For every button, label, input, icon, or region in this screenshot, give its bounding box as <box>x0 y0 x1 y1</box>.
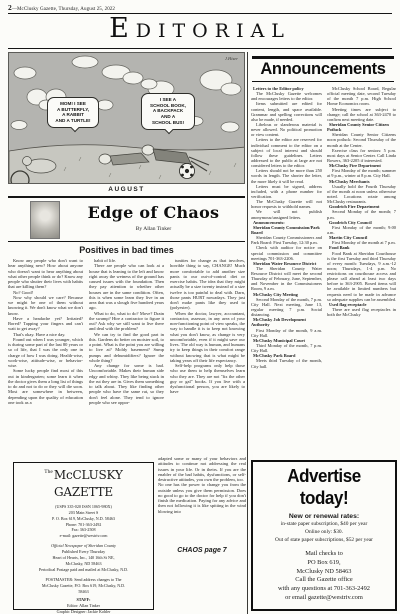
announcements-column-2: McClusky School Board, Regular official … <box>327 86 396 456</box>
speech-bubble-left: MOM! I SEE A BUTTERFLY, A RABBIT AND A T… <box>47 97 99 128</box>
header-bottom-rule <box>8 48 392 49</box>
page-folio: 2—McClusky Gazette, Thursday, August 25,… <box>8 3 115 12</box>
ad-headline: Advertise today! <box>261 465 386 509</box>
column-top-rule <box>8 196 245 198</box>
columnist-photo <box>30 201 60 239</box>
section-divider <box>247 52 248 614</box>
announcements-title: Announcements <box>252 60 394 79</box>
article-column-1: Know any people who don't want to hear a… <box>8 258 83 453</box>
announcements-header: Announcements <box>252 56 394 82</box>
dog-head <box>23 157 32 166</box>
masthead-title: The McCLUSKY GAZETTE <box>17 467 150 502</box>
speech-bubble-right: I SEE A SCHOOL BOOK, A BACKPACK AND A SC… <box>141 93 195 130</box>
column-byline: By Allan Tinker <box>62 226 245 232</box>
masthead-postmaster: POSTMASTER: Send address changes to TheM… <box>17 577 150 595</box>
article-headline: Positives in bad times <box>8 245 245 255</box>
announcements-column-1: Letters to the Editor policyThe McClusky… <box>251 86 322 456</box>
ad-contact: Mail checks toPO Box 619,McClusky ND 584… <box>256 550 392 602</box>
soccer-ball-icon <box>180 164 195 179</box>
masthead-staff: Editor: Allan TinkerGraphic Designer: Ja… <box>17 603 150 614</box>
article-column-continued: adapted some or many of your behaviors a… <box>158 456 246 545</box>
cartoon-caption: AUGUST <box>8 186 245 193</box>
masthead-name: McCLUSKY GAZETTE <box>54 468 123 499</box>
masthead-the: The <box>44 469 53 475</box>
article-column-2: habit of life.There are people who can l… <box>89 258 164 453</box>
column-header-rule <box>8 241 245 242</box>
cartoonist-signature: J.Hiser <box>225 56 238 61</box>
column-title: Edge of Chaos <box>62 203 245 222</box>
article-column-3: tunities for change as that involves, ho… <box>170 258 245 453</box>
masthead-official: Official Newspaper of Sheridan CountyPub… <box>17 543 150 573</box>
article-jump-line: CHAOS page 7 <box>158 547 246 554</box>
masthead-box: The McCLUSKY GAZETTE (USPS 335-020 ISSN … <box>13 462 154 610</box>
cartoon-art <box>9 53 245 184</box>
folio-text: —McClusky Gazette, Thursday, August 25, … <box>12 7 115 12</box>
section-title: Editorial <box>0 13 400 44</box>
masthead-info: (USPS 335-020 ISSN 1065-980X)203 Main St… <box>17 504 150 540</box>
ad-rates: in-state paper subscription, $40 per yea… <box>256 520 392 544</box>
editorial-cartoon: MOM! I SEE A BUTTERFLY, A RABBIT AND A T… <box>8 52 245 184</box>
subscription-ad-box: Advertise today! New or renewal rates: i… <box>251 460 397 611</box>
ad-rates-title: New or renewal rates: <box>256 513 392 520</box>
